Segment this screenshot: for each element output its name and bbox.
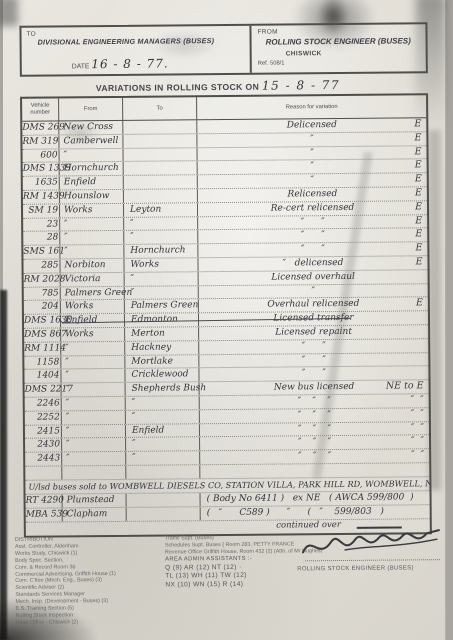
cell-reason: Relicensed bbox=[198, 187, 427, 202]
from-location: CHISWICK bbox=[286, 50, 322, 57]
cell-annotation: ″ ″ bbox=[411, 394, 424, 405]
cell-from: Clapham bbox=[63, 508, 127, 522]
cell-to: ″ bbox=[126, 438, 200, 451]
cell-vehicle-number: 785 bbox=[24, 287, 61, 300]
cell-vehicle-number: DMS 1630 bbox=[24, 315, 61, 328]
cell-reason: ″ ″ ″ bbox=[200, 408, 429, 423]
cell-from bbox=[62, 466, 126, 479]
form-content: TO DIVISIONAL ENGINEERING MANAGERS (BUSE… bbox=[0, 0, 453, 640]
cell-to: ″ bbox=[126, 396, 200, 409]
cell-annotation: E bbox=[414, 132, 421, 143]
date-label: DATE bbox=[72, 63, 90, 70]
distribution-line: Head Office - Chiswick (2) bbox=[16, 618, 166, 626]
table-rows: DMS 269New CrossDelicensedERM 319Camberw… bbox=[22, 118, 429, 480]
cell-to: ″ bbox=[125, 286, 199, 299]
cell-reason: Delicensed bbox=[197, 118, 426, 133]
cell-vehicle-number: 23 bbox=[23, 218, 60, 231]
cell-annotation: ″ ″ bbox=[411, 436, 424, 447]
cell-from: ″ bbox=[62, 452, 126, 465]
cell-from: ″ bbox=[62, 438, 126, 451]
cell-vehicle-number: RM 1114 bbox=[24, 342, 61, 355]
signature-title: ROLLING STOCK ENGINEER (BUSES) bbox=[297, 565, 414, 572]
cell-vehicle-number: DMS 2217 bbox=[25, 384, 62, 397]
cell-to: Shepherds Bush bbox=[126, 382, 200, 395]
sold-rows: RT 4290Plumstead( Body No 6411 ) ex NE (… bbox=[26, 491, 430, 523]
cell-to bbox=[127, 493, 201, 507]
scanned-document-page: TO DIVISIONAL ENGINEERING MANAGERS (BUSE… bbox=[0, 0, 453, 640]
cell-vehicle-number: RM 2028 bbox=[24, 273, 61, 286]
title-date: 15 - 8 - 77 bbox=[262, 78, 340, 93]
reference-number: Ref. 508/1 bbox=[258, 60, 285, 66]
cell-to: Enfield bbox=[126, 424, 200, 437]
to-label: TO bbox=[26, 31, 36, 38]
cell-reason: ″ ″ bbox=[198, 215, 427, 230]
cell-annotation: E bbox=[416, 298, 423, 309]
cell-to: Palmers Green bbox=[125, 300, 199, 313]
cell-reason: ″ ″ ″ bbox=[200, 394, 429, 409]
cell-annotation: ″ ″ bbox=[411, 422, 424, 433]
cell-vehicle-number: 2246 bbox=[25, 397, 62, 410]
cell-vehicle-number: 2415 bbox=[25, 425, 62, 438]
cell-annotation: NE to E bbox=[386, 380, 424, 391]
signature-block: ROLLING STOCK ENGINEER (BUSES) bbox=[297, 525, 447, 568]
cell-from: Norbiton bbox=[60, 259, 124, 272]
cell-from: Enfield bbox=[60, 176, 124, 189]
cell-vehicle-number: 1635 bbox=[23, 177, 60, 190]
date-line: DATE 16 - 8 - 77. bbox=[72, 56, 169, 71]
cell-to: Hornchurch bbox=[124, 244, 198, 257]
cell-to bbox=[123, 120, 197, 133]
title-printed: VARIATIONS IN ROLLING STOCK ON bbox=[96, 82, 259, 93]
cell-vehicle-number bbox=[25, 466, 62, 479]
cell-to bbox=[124, 189, 198, 202]
cell-from: ″ bbox=[61, 369, 125, 382]
cell-reason: Overhaul relicensed bbox=[199, 298, 428, 313]
cell-to bbox=[124, 175, 198, 188]
cell-reason bbox=[200, 463, 429, 478]
cell-to: Merton bbox=[125, 327, 199, 340]
date-value: 16 - 8 - 77. bbox=[91, 56, 168, 71]
area-admin-code-line: NX (10) WN (15) R (14) bbox=[165, 580, 325, 590]
cell-from: ″ bbox=[62, 383, 126, 396]
cell-to: ″ bbox=[126, 451, 200, 464]
cell-vehicle-number: 204 bbox=[24, 301, 61, 314]
cell-vehicle-number: 2430 bbox=[25, 439, 62, 452]
column-header-from: From bbox=[59, 98, 123, 121]
cell-reason: ″ ″ bbox=[199, 339, 428, 354]
cell-reason: ( ″ C589 ) ″ ( ″ 599/803 ) bbox=[201, 505, 430, 520]
cell-reason: ″ ″ bbox=[198, 229, 427, 244]
cell-to bbox=[123, 134, 197, 147]
to-value: DIVISIONAL ENGINEERING MANAGERS (BUSES) bbox=[38, 36, 215, 47]
cell-from: Victoria bbox=[61, 273, 125, 286]
cell-reason: ″ ″ bbox=[198, 242, 427, 257]
cell-reason: ″ bbox=[197, 146, 426, 161]
cell-from: Hornchurch bbox=[60, 162, 124, 175]
cell-reason: Licensed repaint bbox=[199, 325, 428, 340]
cell-from: Works bbox=[61, 300, 125, 313]
cell-from: Palmers Green bbox=[61, 286, 125, 299]
cell-from: Camberwell bbox=[59, 135, 123, 148]
cell-reason: Licensed overhaul bbox=[199, 270, 428, 285]
cell-reason: ( Body No 6411 ) ex NE ( AWCA 599/800 ) bbox=[201, 491, 430, 506]
cell-to bbox=[126, 465, 200, 478]
cell-reason: ″ ″ bbox=[199, 353, 428, 368]
cell-vehicle-number: SM 19 bbox=[23, 204, 60, 217]
cell-to bbox=[124, 162, 198, 175]
cell-vehicle-number: 1158 bbox=[24, 356, 61, 369]
column-header-vehicle: Vehiclenumber bbox=[22, 98, 59, 120]
cell-to: Mortlake bbox=[125, 355, 199, 368]
cell-annotation: E bbox=[415, 242, 422, 253]
cell-reason: ″ bbox=[199, 284, 428, 299]
cell-to: Works bbox=[124, 258, 198, 271]
cell-to: ″ bbox=[124, 217, 198, 230]
cell-from: ″ bbox=[62, 411, 126, 424]
cell-vehicle-number: RM 1439 bbox=[23, 190, 60, 203]
from-label: FROM bbox=[257, 29, 277, 36]
cell-reason: Re-cert relicensed bbox=[198, 201, 427, 216]
cell-vehicle-number: MBA 539 bbox=[26, 509, 63, 522]
cell-from: ″ bbox=[60, 217, 124, 230]
cell-from: ″ bbox=[62, 397, 126, 410]
cell-to: ″ bbox=[124, 231, 198, 244]
cell-vehicle-number: RT 4290 bbox=[26, 495, 63, 508]
cell-annotation: E bbox=[415, 173, 422, 184]
cell-reason: ″ delicensed bbox=[198, 256, 427, 271]
to-cell: TO DIVISIONAL ENGINEERING MANAGERS (BUSE… bbox=[21, 26, 251, 75]
cell-vehicle-number: 2252 bbox=[25, 411, 62, 424]
cell-vehicle-number: DMS 867 bbox=[24, 328, 61, 341]
cell-annotation: E bbox=[415, 201, 422, 212]
cell-vehicle-number: RM 319 bbox=[22, 135, 59, 148]
cell-reason: ″ ″ ″ bbox=[200, 422, 429, 437]
cell-reason: ″ bbox=[198, 160, 427, 175]
from-value: ROLLING STOCK ENGINEER (BUSES) bbox=[266, 36, 411, 46]
cell-to bbox=[123, 148, 197, 161]
cell-vehicle-number: DMS 1339 bbox=[23, 163, 60, 176]
cell-annotation: E bbox=[416, 256, 423, 267]
cell-vehicle-number: 28 bbox=[23, 232, 60, 245]
cell-annotation: E bbox=[415, 187, 422, 198]
cell-from: ″ bbox=[61, 342, 125, 355]
cell-from: ″ bbox=[60, 231, 124, 244]
cell-annotation: ″ ″ bbox=[411, 408, 424, 419]
cell-to: Hackney bbox=[125, 341, 199, 354]
distribution-list: DISTRIBUTIONAsst. Controller, AldenhamWo… bbox=[15, 536, 166, 627]
from-cell: FROM ROLLING STOCK ENGINEER (BUSES) CHIS… bbox=[251, 24, 425, 73]
cell-annotation: E bbox=[414, 118, 421, 129]
cell-reason: ″ bbox=[197, 132, 426, 147]
cell-from: Works bbox=[60, 204, 124, 217]
cell-reason: ″ ″ ″ bbox=[200, 436, 429, 451]
cell-from: ″ bbox=[60, 148, 124, 161]
address-header-box: TO DIVISIONAL ENGINEERING MANAGERS (BUSE… bbox=[19, 22, 427, 77]
column-header-to: To bbox=[123, 97, 197, 120]
cell-annotation: E bbox=[415, 160, 422, 171]
cell-to: ″ bbox=[125, 272, 199, 285]
cell-annotation: E bbox=[415, 146, 422, 157]
cell-vehicle-number: SMS 161 bbox=[23, 246, 60, 259]
variations-table: Vehiclenumber From To Reason for variati… bbox=[20, 93, 432, 538]
cell-from: New Cross bbox=[59, 121, 123, 134]
cell-vehicle-number: 1404 bbox=[24, 370, 61, 383]
cell-from: Hounslow bbox=[60, 190, 124, 203]
cell-from: Works bbox=[61, 328, 125, 341]
cell-to: Cricklewood bbox=[125, 369, 199, 382]
cell-from: Plumstead bbox=[63, 494, 127, 508]
cell-annotation: ″ ″ bbox=[411, 449, 424, 460]
cell-reason: ″ ″ bbox=[199, 367, 428, 382]
cell-vehicle-number: 2443 bbox=[25, 453, 62, 466]
cell-vehicle-number: 285 bbox=[23, 259, 60, 272]
document-title: VARIATIONS IN ROLLING STOCK ON 15 - 8 - … bbox=[0, 77, 438, 95]
cell-from: ″ bbox=[61, 355, 125, 368]
cell-from: ″ bbox=[60, 245, 124, 258]
cell-to bbox=[127, 507, 201, 521]
cell-from: ″ bbox=[62, 424, 126, 437]
cell-annotation: E bbox=[415, 229, 422, 240]
cell-reason: ″ ″ ″ bbox=[200, 449, 429, 464]
cell-annotation: E bbox=[415, 215, 422, 226]
cell-vehicle-number: DMS 269 bbox=[22, 121, 59, 134]
cell-to: ″ bbox=[126, 410, 200, 423]
column-header-reason: Reason for variation bbox=[197, 95, 426, 119]
cell-to: Leyton bbox=[124, 203, 198, 216]
cell-reason: ″ bbox=[198, 173, 427, 188]
cell-vehicle-number: 600 bbox=[23, 149, 60, 162]
